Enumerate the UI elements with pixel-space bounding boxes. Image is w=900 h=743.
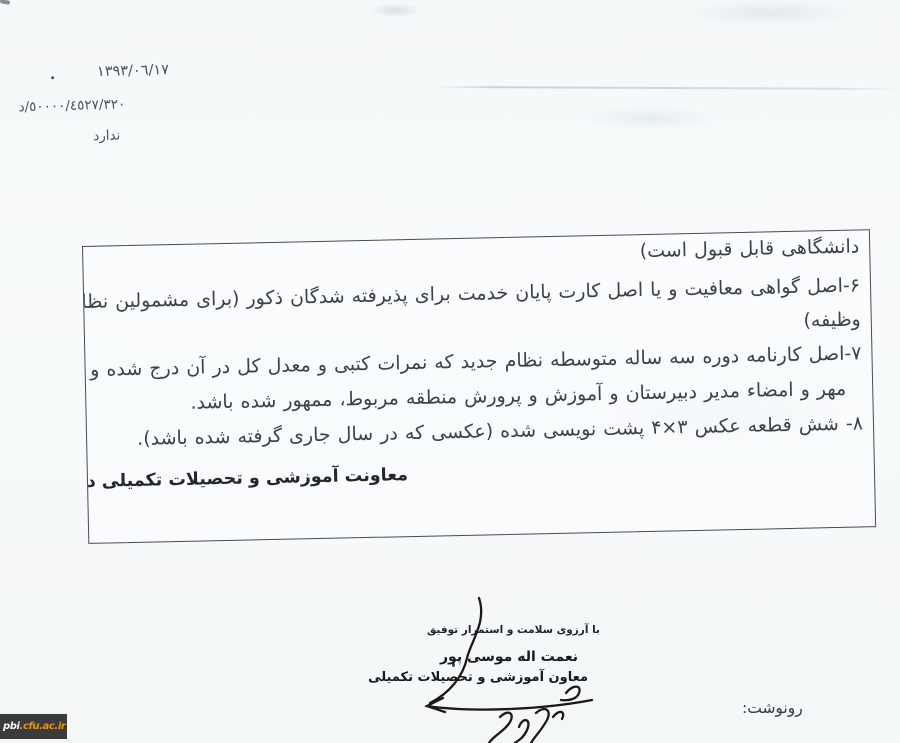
letter-ref-number-value: ٥٠٠٠٠/٤٥٢٧/٣٢٠/د — [8, 96, 136, 116]
letter-attachment-value: ندارد — [77, 127, 137, 145]
notice-line: دانشگاهی قابل قبول است) — [91, 233, 859, 275]
watermark-prefix: pbi — [3, 721, 20, 732]
requirements-notice-box: دانشگاهی قابل قبول است) ۶-اصل گواهی معاف… — [82, 229, 876, 544]
scan-bleedthrough-mark — [688, 0, 853, 26]
scan-speck — [0, 0, 10, 5]
scan-speck — [51, 76, 54, 79]
signature-stroke — [515, 720, 528, 743]
signature-stroke — [489, 713, 512, 743]
copy-to-label: رونوشت: — [742, 699, 818, 717]
signature-stroke — [561, 687, 580, 701]
watermark-suffix: .cfu.ac.ir — [20, 721, 66, 732]
letter-date-value: ١٣٩٣/٠٦/١٧ — [61, 62, 169, 81]
signature-stroke — [427, 700, 592, 710]
letter-header-fields: ١٣٩٣/٠٦/١٧ ٥٠٠٠٠/٤٥٢٧/٣٢٠/د ندارد — [0, 55, 201, 161]
handwritten-signature-ink — [408, 583, 622, 743]
scan-bleedthrough-mark — [370, 3, 420, 18]
signature-stroke — [553, 712, 563, 719]
scan-crease-line — [438, 86, 900, 90]
notice-line-item-8: ۸- شش قطعه عکس ۳×۴ پشت نویسی شده (عکسی ک… — [95, 410, 863, 452]
signature-stroke — [531, 709, 549, 743]
site-watermark: pbi.cfu.ac.ir — [0, 714, 67, 739]
notice-line-item-7: ۷-اصل کارنامه دوره سه ساله متوسطه نظام ج… — [93, 340, 861, 382]
notice-line: مهر و امضاء مدیر دبیرستان و آموزش و پرور… — [94, 376, 846, 418]
signature-stroke — [430, 598, 481, 703]
deputy-office-line: معاونت آموزشی و تحصیلات تکمیلی دانشگاه — [108, 460, 409, 496]
scanned-letter-page: { "header": { "date_value": "١٣٩٣/٠٦/١٧"… — [0, 0, 900, 743]
scan-bleedthrough-mark — [580, 106, 720, 130]
